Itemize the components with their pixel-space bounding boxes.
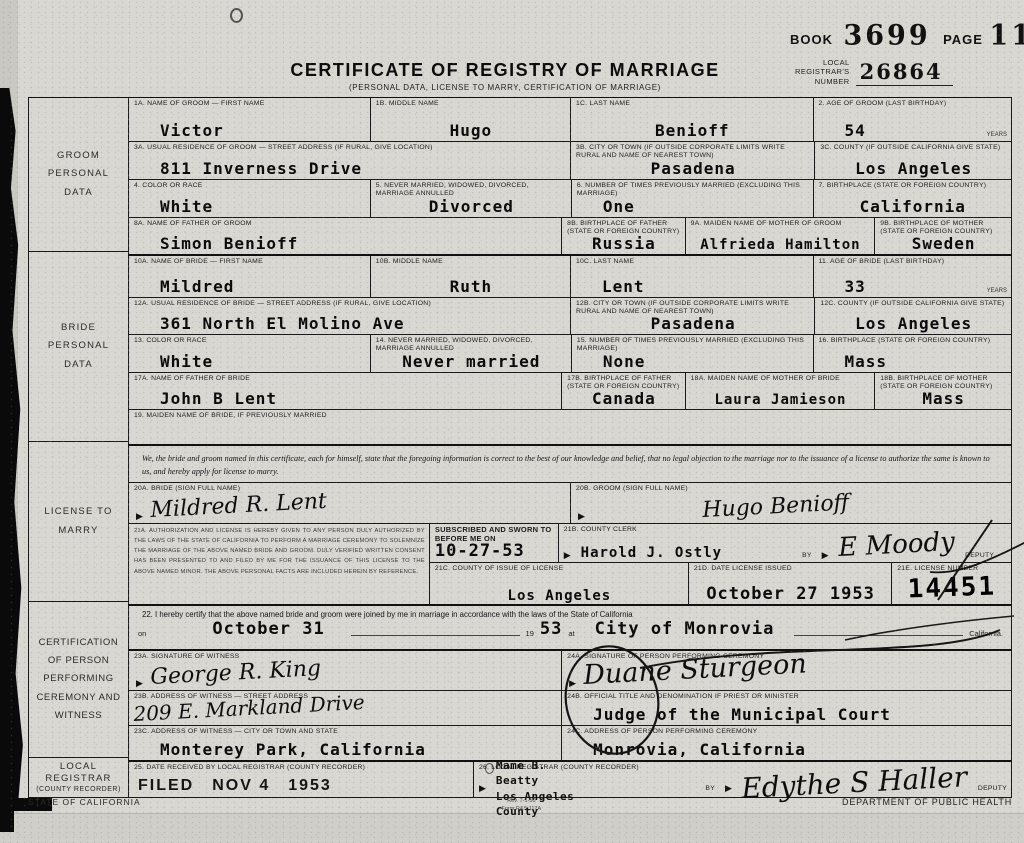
form-footer: STATE OF CALIFORNIA Rev. 7-1-50 Form R&S…: [28, 797, 1012, 814]
field-bride-signature: 20A. BRIDE (SIGN FULL NAME) ▶ Mildred R.…: [129, 483, 570, 523]
field-bride-marital-status: 14. NEVER MARRIED, WIDOWED, DIVORCED, MA…: [370, 335, 571, 372]
registrar-number-value: 26864: [856, 59, 953, 86]
field-date-license-issued: 21D. DATE LICENSE ISSUED October 27 1953: [688, 563, 891, 605]
field-bride-city: 12B. CITY OR TOWN (IF OUTSIDE CORPORATE …: [570, 298, 814, 334]
field-groom-times-married: 6. NUMBER OF TIMES PREVIOUSLY MARRIED (E…: [571, 180, 813, 217]
clerk-deputy-signature-handwriting: E Moody: [837, 531, 955, 560]
row-license-signatures: 20A. BRIDE (SIGN FULL NAME) ▶ Mildred R.…: [129, 482, 1011, 523]
paper-blemish: [230, 8, 243, 23]
local-registrar-number: LOCAL REGISTRAR'S NUMBER 26864: [795, 58, 953, 86]
row-groom-parents: 8A. NAME OF FATHER OF GROOM Simon Beniof…: [129, 217, 1011, 254]
certify-statement: 22. I hereby certify that the above name…: [129, 606, 1011, 649]
field-license-number: 21E. LICENSE NUMBER 14451: [891, 563, 1011, 605]
field-bride-birthplace: 16. BIRTHPLACE (STATE OR FOREIGN COUNTRY…: [813, 335, 1011, 372]
field-groom-age: 2. AGE OF GROOM (LAST BIRTHDAY) 54 YEARS: [813, 98, 1011, 141]
field-bride-mother-birthplace: 18B. BIRTHPLACE OF MOTHER (STATE OR FORE…: [874, 373, 1011, 409]
book-label: BOOK: [790, 32, 833, 47]
bride-signature-handwriting: Mildred R. Lent: [150, 492, 327, 521]
arrow-icon: ▶: [569, 679, 576, 688]
row-bride-parents: 17A. NAME OF FATHER OF BRIDE John B Lent…: [129, 372, 1011, 409]
groom-signature-handwriting: Hugo Benioff: [702, 494, 850, 521]
document-subtitle: (PERSONAL DATA, LICENSE TO MARRY, CERTIF…: [130, 83, 880, 92]
field-groom-middle-name: 1B. MIDDLE NAME Hugo: [370, 98, 570, 141]
row-bride-residence: 12A. USUAL RESIDENCE OF BRIDE — STREET A…: [129, 297, 1011, 334]
sidebar-certification-section: CERTIFICATION OF PERSON PERFORMING CEREM…: [29, 601, 128, 757]
arrow-icon: ▶: [578, 512, 585, 521]
ceremony-signature-handwriting: Duane Sturgeon: [583, 652, 808, 688]
registrar-name: Mame B. Beatty: [496, 758, 576, 789]
row-bride-name: 10A. NAME OF BRIDE — FIRST NAME Mildred …: [129, 254, 1011, 297]
document-title: CERTIFICATE OF REGISTRY OF MARRIAGE: [130, 60, 880, 81]
field-witness-signature: 23A. SIGNATURE OF WITNESS ▶ George R. Ki…: [129, 651, 561, 690]
field-county-clerk: 21B. COUNTY CLERK ▶ Harold J. Ostly BY ▶…: [558, 524, 1011, 562]
field-bride-last-name: 10C. LAST NAME Lent: [570, 256, 813, 297]
row-23c-24c: 23C. ADDRESS OF WITNESS — CITY OR TOWN A…: [129, 725, 1011, 760]
arrow-icon: ▶: [822, 551, 829, 560]
field-sworn-date: SUBSCRIBED AND SWORN TO BEFORE ME ON 10-…: [430, 524, 558, 562]
field-groom-county: 3C. COUNTY (IF OUTSIDE CALIFORNIA GIVE S…: [814, 142, 1011, 179]
row-groom-residence: 3A. USUAL RESIDENCE OF GROOM — STREET AD…: [129, 141, 1011, 179]
sidebar-bride-section: BRIDE PERSONAL DATA: [29, 251, 128, 441]
field-bride-father: 17A. NAME OF FATHER OF BRIDE John B Lent: [129, 373, 561, 409]
field-groom-city: 3B. CITY OR TOWN (IF OUTSIDE CORPORATE L…: [570, 142, 814, 179]
book-page-stamp: BOOK 3699 PAGE 117: [790, 20, 1024, 51]
license-statement: We, the bride and groom named in this ce…: [129, 446, 1011, 482]
field-ceremony-address: 24C. ADDRESS OF PERSON PERFORMING CEREMO…: [561, 726, 1011, 760]
field-groom-last-name: 1C. LAST NAME Benioff: [570, 98, 813, 141]
witness-signature-handwriting: George R. King: [150, 659, 322, 688]
row-groom-status: 4. COLOR OR RACE White 5. NEVER MARRIED,…: [129, 179, 1011, 217]
arrow-icon: ▶: [479, 784, 486, 793]
field-groom-race: 4. COLOR OR RACE White: [129, 180, 370, 217]
field-witness-street: 23B. ADDRESS OF WITNESS — STREET ADDRESS…: [129, 691, 561, 725]
row-23b-24b: 23B. ADDRESS OF WITNESS — STREET ADDRESS…: [129, 690, 1011, 725]
row-signatures-23a-24a: 23A. SIGNATURE OF WITNESS ▶ George R. Ki…: [129, 649, 1011, 690]
arrow-icon: ▶: [136, 679, 143, 688]
field-bride-race: 13. COLOR OR RACE White: [129, 335, 370, 372]
scanned-marriage-certificate: { "stamp": {"book_label":"BOOK","book_va…: [0, 0, 1024, 843]
field-bride-times-married: 15. NUMBER OF TIMES PREVIOUSLY MARRIED (…: [571, 335, 813, 372]
arrow-icon: ▶: [564, 551, 571, 560]
field-county-of-issue: 21C. COUNTY OF ISSUE OF LICENSE Los Ange…: [430, 563, 688, 605]
field-groom-signature: 20B. GROOM (SIGN FULL NAME) ▶ Hugo Benio…: [570, 483, 1011, 523]
field-date-received: 25. DATE RECEIVED BY LOCAL REGISTRAR (CO…: [129, 762, 473, 797]
field-groom-father-birthplace: 8B. BIRTHPLACE OF FATHER (STATE OR FOREI…: [561, 218, 684, 254]
filed-stamp: FILED NOV 4 1953: [134, 777, 469, 795]
page-number: 117: [989, 19, 1024, 52]
row-license-authorization: 21A. AUTHORIZATION AND LICENSE IS HEREBY…: [129, 523, 1011, 604]
field-authorization-text: 21A. AUTHORIZATION AND LICENSE IS HEREBY…: [129, 524, 429, 604]
field-groom-first-name: 1A. NAME OF GROOM — FIRST NAME Victor: [129, 98, 370, 141]
field-groom-mother: 9A. MAIDEN NAME OF MOTHER OF GROOM Alfri…: [685, 218, 875, 254]
form-fields: 1A. NAME OF GROOM — FIRST NAME Victor 1B…: [129, 98, 1011, 797]
field-groom-marital-status: 5. NEVER MARRIED, WIDOWED, DIVORCED, MAR…: [370, 180, 571, 217]
row-license-statement: We, the bride and groom named in this ce…: [129, 444, 1011, 482]
arrow-icon: ▶: [136, 512, 143, 521]
field-bride-maiden-name: 19. MAIDEN NAME OF BRIDE, IF PREVIOUSLY …: [129, 410, 1011, 444]
sidebar-license-section: LICENSE TO MARRY: [29, 441, 128, 601]
footer-state: STATE OF CALIFORNIA: [28, 797, 141, 807]
row-bride-status: 13. COLOR OR RACE White 14. NEVER MARRIE…: [129, 334, 1011, 372]
field-ceremony-signature: 24A. SIGNATURE OF PERSON PERFORMING CERE…: [561, 651, 1011, 690]
footer-department: DEPARTMENT OF PUBLIC HEALTH: [842, 797, 1012, 807]
sidebar-groom-section: GROOM PERSONAL DATA: [29, 98, 128, 251]
field-groom-father: 8A. NAME OF FATHER OF GROOM Simon Beniof…: [129, 218, 561, 254]
book-number: 3699: [843, 19, 930, 52]
row-certify-statement: 22. I hereby certify that the above name…: [129, 604, 1011, 649]
field-bride-street: 12A. USUAL RESIDENCE OF BRIDE — STREET A…: [129, 298, 570, 334]
section-sidebar: GROOM PERSONAL DATA BRIDE PERSONAL DATA …: [29, 98, 129, 797]
registrar-number-label: LOCAL REGISTRAR'S NUMBER: [795, 58, 850, 86]
field-bride-county: 12C. COUNTY (IF OUTSIDE CALIFORNIA GIVE …: [814, 298, 1011, 334]
field-groom-street: 3A. USUAL RESIDENCE OF GROOM — STREET AD…: [129, 142, 570, 179]
license-number-stamp: 14451: [897, 571, 1008, 605]
field-witness-city: 23C. ADDRESS OF WITNESS — CITY OR TOWN A…: [129, 726, 561, 760]
row-bride-maiden-name: 19. MAIDEN NAME OF BRIDE, IF PREVIOUSLY …: [129, 409, 1011, 444]
certificate-form: GROOM PERSONAL DATA BRIDE PERSONAL DATA …: [28, 97, 1012, 798]
field-bride-first-name: 10A. NAME OF BRIDE — FIRST NAME Mildred: [129, 256, 370, 297]
field-groom-birthplace: 7. BIRTHPLACE (STATE OR FOREIGN COUNTRY)…: [813, 180, 1011, 217]
field-bride-father-birthplace: 17B. BIRTHPLACE OF FATHER (STATE OR FORE…: [561, 373, 684, 409]
field-bride-mother: 18A. MAIDEN NAME OF MOTHER OF BRIDE Laur…: [685, 373, 875, 409]
footer-form-revision: Rev. 7-1-50 Form R&S 117A: [502, 797, 542, 814]
field-local-registrar: 26. LOCAL REGISTRAR (COUNTY RECORDER) ▶ …: [473, 762, 1011, 797]
sidebar-registrar-section: LOCAL REGISTRAR (COUNTY RECORDER): [29, 757, 128, 797]
row-groom-name: 1A. NAME OF GROOM — FIRST NAME Victor 1B…: [129, 98, 1011, 141]
row-registrar: 25. DATE RECEIVED BY LOCAL REGISTRAR (CO…: [129, 760, 1011, 797]
arrow-icon: ▶: [725, 784, 732, 793]
field-bride-middle-name: 10B. MIDDLE NAME Ruth: [370, 256, 570, 297]
field-groom-mother-birthplace: 9B. BIRTHPLACE OF MOTHER (STATE OR FOREI…: [874, 218, 1011, 254]
registrar-deputy-signature-handwriting: Edythe S Haller: [741, 764, 968, 801]
certify-fill-line: on October 31 19 53 at City of Monrovia …: [134, 621, 1007, 641]
page-label: PAGE: [943, 32, 983, 47]
field-bride-age: 11. AGE OF BRIDE (LAST BIRTHDAY) 33 YEAR…: [813, 256, 1011, 297]
field-official-title: 24B. OFFICIAL TITLE AND DENOMINATION IF …: [561, 691, 1011, 725]
